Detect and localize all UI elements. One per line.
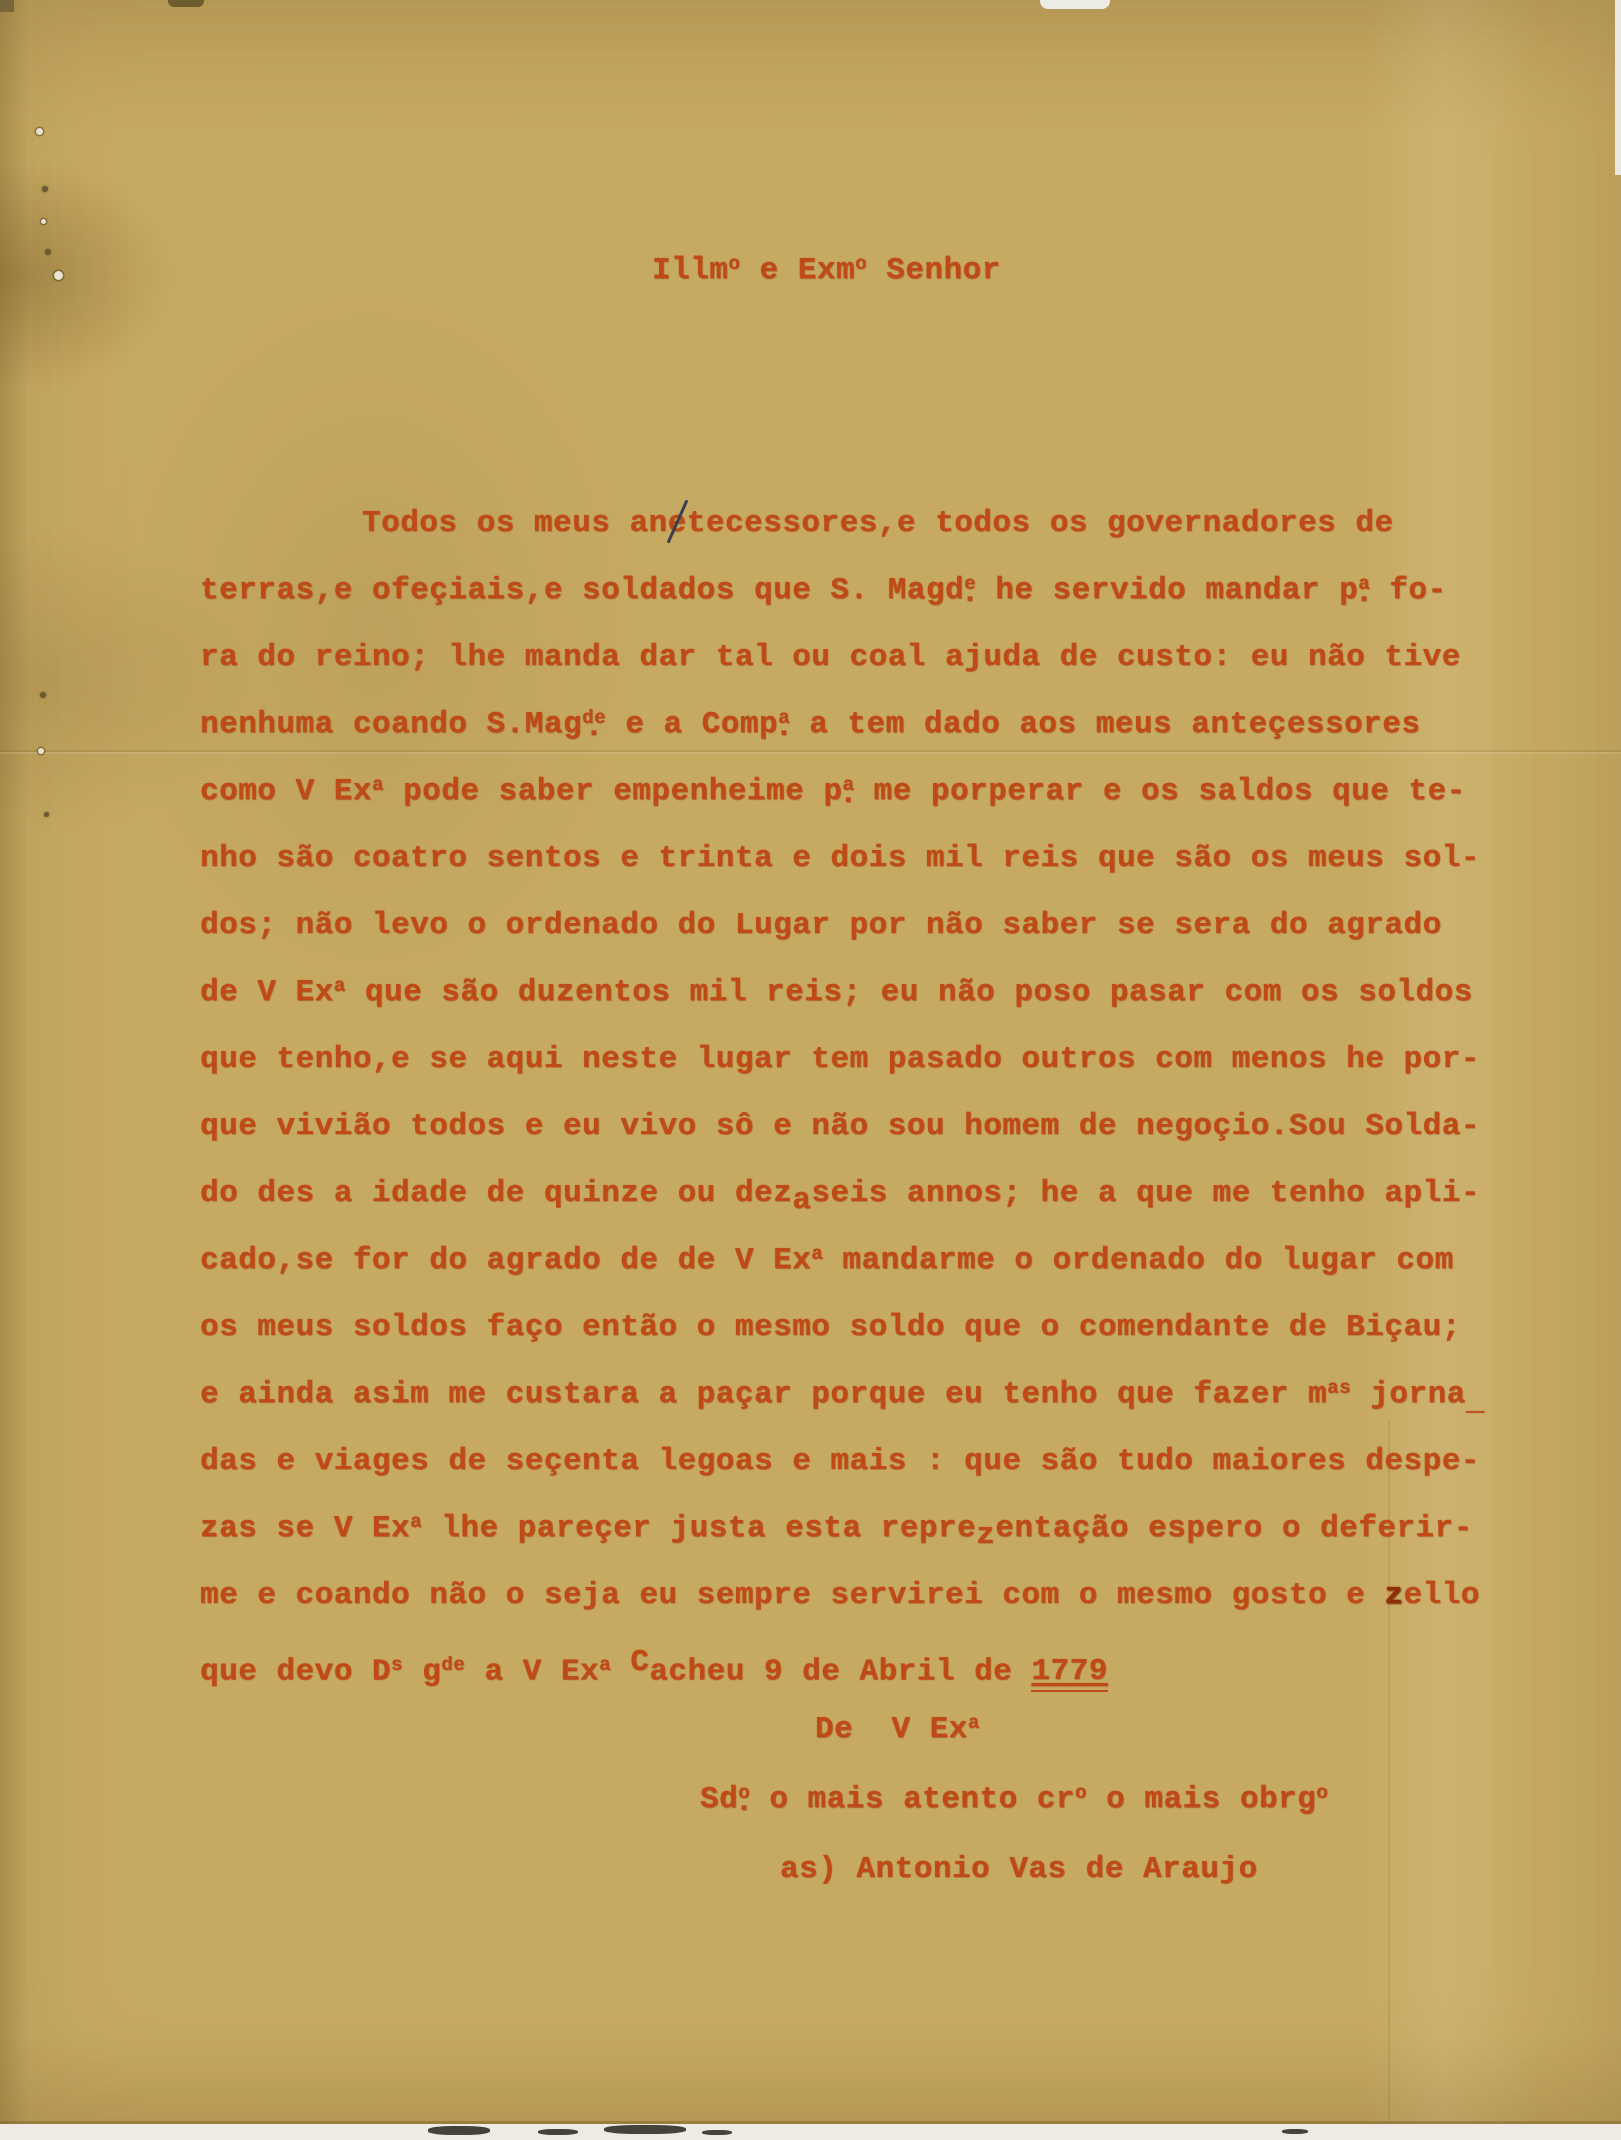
text-segment: Senhor [867,253,1001,288]
text-segment: terras,e ofeçiais,e soldados que S. Magd [200,573,964,608]
right-edge-sliver [1615,0,1621,175]
letter-line: Todos os meus anetecessores,e todos os g… [200,506,1485,573]
top-edge-notch [1040,0,1110,9]
letter-line: que vivião todos e eu vivo sô e não sou … [200,1109,1485,1176]
text-segment: o mais obrg [1087,1782,1316,1817]
text-segment: pode saber empenheime p [384,774,842,809]
text-segment: cado,se for do agrado de de V Ex [200,1243,811,1278]
text-segment: e a Comp [606,707,778,742]
text-segment: entação espero o deferir- [995,1511,1473,1546]
sup-text: a [599,1654,611,1676]
struck-text: e [668,506,687,541]
text-segment: de V Ex [200,975,334,1010]
letter-line: do des a idade de quinze ou dezaseis ann… [200,1176,1485,1243]
letter-line: as) Antonio Vas de Araujo [780,1852,1328,1922]
torn-edge-mark [1282,2129,1308,2134]
letter-line: ra do reino; lhe manda dar tal ou coal a… [200,640,1485,707]
torn-edge-mark [604,2125,686,2134]
letter-body: Todos os meus anetecessores,e todos os g… [200,506,1485,1712]
sup-text: a [334,975,346,997]
text-segment: como V Ex [200,774,372,809]
text-segment: g [403,1654,441,1689]
letter-line: e ainda asim me custara a paçar porque e… [200,1377,1485,1444]
abbreviation-superscript: a. [1358,573,1370,608]
text-segment: me porperar e os saldos que te- [854,774,1465,809]
text-segment: o mais atento cr [750,1782,1075,1817]
sup-text: s [391,1654,403,1676]
scanned-letter: Illmo e Exmo Senhor Todos os meus anetec… [0,0,1621,2140]
sup-text: o [1316,1782,1328,1804]
text-segment: e Exm [740,253,855,288]
low-text: z [976,1518,995,1553]
text-segment: ello [1404,1578,1480,1613]
sup-text: o [855,253,867,275]
low-text: _ [1466,1384,1485,1419]
low-text: a [792,1183,811,1218]
text-segment: mandarme o ordenado do lugar com [823,1243,1453,1278]
text-segment: jorna [1351,1377,1466,1412]
letter-line: como V Exa pode saber empenheime pa. me … [200,774,1485,841]
abbreviation-superscript: de. [582,707,606,742]
letter-line: De V Exa [815,1712,1328,1782]
text-segment: fo- [1370,573,1446,608]
text-segment [611,1654,630,1689]
text-segment: e ainda asim me custara a paçar porque e… [200,1377,1327,1412]
letter-closing: De V ExaSdo. o mais atento cro o mais ob… [200,1712,1328,1922]
sup-text: o [728,253,740,275]
abbreviation-superscript: e. [964,573,976,608]
letter-line: de V Exa que são duzentos mil reis; eu n… [200,975,1485,1042]
text-segment: que tenho,e se aqui neste lugar tem pasa… [200,1042,1480,1077]
text-segment: he servido mandar p [976,573,1358,608]
text-segment: a tem dado aos meus anteçessores [790,707,1420,742]
text-segment: seis annos; he a que me tenho apli- [811,1176,1480,1211]
text-segment: ra do reino; lhe manda dar tal ou coal a… [200,640,1461,675]
paper-speck [44,812,49,817]
paper-speck [36,128,43,135]
text-segment: nenhuma coando S.Mag [200,707,582,742]
paper-speck [40,692,46,698]
letter-line: que tenho,e se aqui neste lugar tem pasa… [200,1042,1485,1109]
top-edge-mark [168,0,204,7]
text-segment: que são duzentos mil reis; eu não poso p… [346,975,1473,1010]
text-segment: do des a idade de quinze ou dez [200,1176,792,1211]
letter-line: nho são coatro sentos e trinta e dois mi… [200,841,1485,908]
letter-heading: Illmo e Exmo Senhor [652,253,1001,288]
sup-text: as [1327,1377,1351,1399]
text-segment: tecessores,e todos os governadores de [687,506,1394,541]
text-segment: que devo D [200,1654,391,1689]
paper-speck [45,249,51,255]
text-segment: De V Ex [815,1712,968,1747]
text-segment: acheu 9 de Abril de [649,1654,1031,1689]
text-segment: das e viages de seçenta legoas e mais : … [200,1444,1480,1479]
letter-line: dos; não levo o ordenado do Lugar por nã… [200,908,1485,975]
letter-line: que devo Ds gde a V Exa Cacheu 9 de Abri… [200,1645,1485,1712]
text-segment: os meus soldos faço então o mesmo soldo … [200,1310,1461,1345]
paper-speck [54,271,63,280]
raised-text: C [630,1645,649,1680]
torn-edge-mark [428,2126,490,2135]
text-segment: Sd [700,1782,738,1817]
letter-line: terras,e ofeçiais,e soldados que S. Magd… [200,573,1485,640]
abbreviation-superscript: a. [842,774,854,809]
text-segment: Todos os meus an [362,506,668,541]
sup-text: a [968,1712,980,1734]
sup-text: a [410,1511,422,1533]
sup-text: a [372,774,384,796]
letter-line: os meus soldos faço então o mesmo soldo … [200,1310,1485,1377]
text-segment: lhe pareçer justa esta repre [422,1511,976,1546]
text-segment: nho são coatro sentos e trinta e dois mi… [200,841,1480,876]
text-segment: zas se V Ex [200,1511,410,1546]
paper-speck [42,186,48,192]
scan-edge-bottom [0,2124,1621,2140]
letter-line: me e coando não o seja eu sempre servire… [200,1578,1485,1645]
text-segment: Illm [652,253,728,288]
text-segment: me e coando não o seja eu sempre servire… [200,1578,1384,1613]
paper: Illmo e Exmo Senhor Todos os meus anetec… [0,0,1621,2124]
torn-edge-mark [538,2129,578,2135]
letter-line: Sdo. o mais atento cro o mais obrgo [700,1782,1328,1852]
sup-text: a [811,1243,823,1265]
corner-shadow [0,0,14,12]
torn-edge-mark [702,2130,732,2135]
abbreviation-superscript: a. [778,707,790,742]
text-segment: a V Ex [465,1654,599,1689]
sup-text: o [1075,1782,1087,1804]
letter-line: nenhuma coando S.Magde. e a Compa. a tem… [200,707,1485,774]
underline-text: 1779 [1031,1654,1107,1692]
abbreviation-superscript: o. [738,1782,750,1817]
paper-speck [38,748,44,754]
text-segment: as) Antonio Vas de Araujo [780,1852,1258,1887]
paper-speck [41,219,46,224]
text-segment: dos; não levo o ordenado do Lugar por nã… [200,908,1442,943]
letter-line: cado,se for do agrado de de V Exa mandar… [200,1243,1485,1310]
smudge-text: z [1384,1578,1403,1613]
letter-line: das e viages de seçenta legoas e mais : … [200,1444,1485,1511]
text-segment: que vivião todos e eu vivo sô e não sou … [200,1109,1480,1144]
sup-text: de [441,1654,465,1676]
letter-line: zas se V Exa lhe pareçer justa esta repr… [200,1511,1485,1578]
